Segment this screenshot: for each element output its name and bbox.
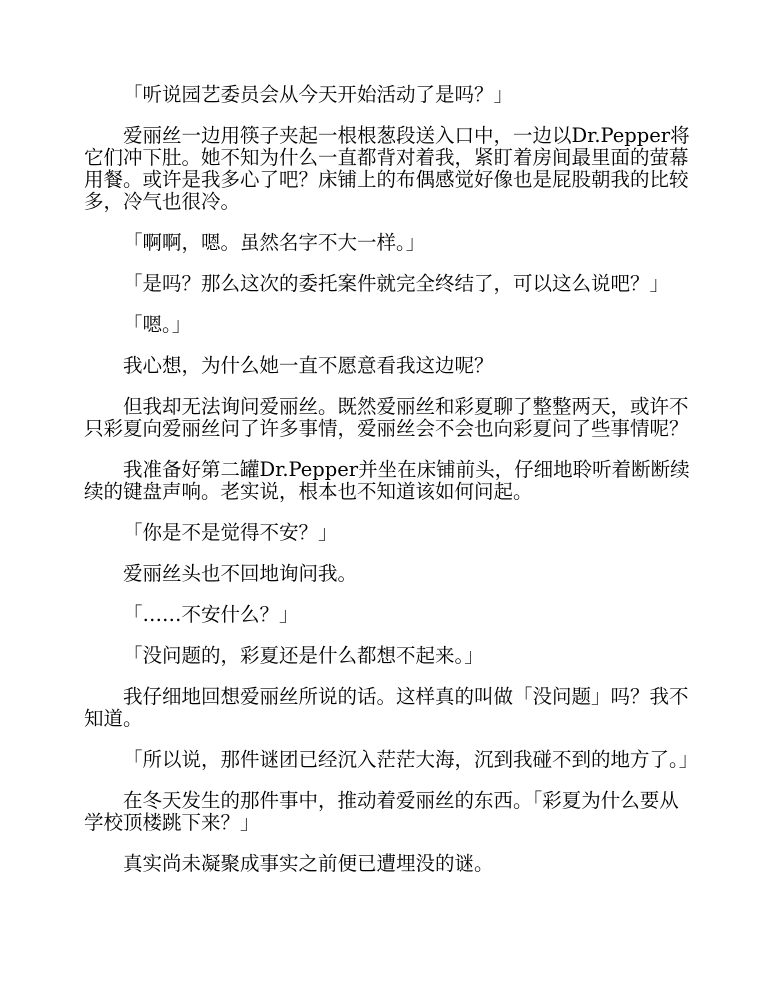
paragraph: 我仔细地回想爱丽丝所说的话。这样真的叫做「没问题」吗？我不知道。	[84, 686, 696, 730]
paragraph: 「……不安什么？」	[84, 604, 696, 626]
paragraph: 「你是不是觉得不安？」	[84, 522, 696, 544]
paragraph: 「啊啊，嗯。虽然名字不大一样。」	[84, 232, 696, 254]
paragraph: 爱丽丝一边用筷子夹起一根根葱段送入口中，一边以Dr.Pepper将它们冲下肚。她…	[84, 125, 696, 213]
paragraph: 我准备好第二罐Dr.Pepper并坐在床铺前头，仔细地聆听着断断续续的键盘声响。…	[84, 459, 696, 503]
text-column: 「听说园艺委员会从今天开始活动了是吗？」 爱丽丝一边用筷子夹起一根根葱段送入口中…	[84, 84, 696, 875]
paragraph: 但我却无法询问爱丽丝。既然爱丽丝和彩夏聊了整整两天，或许不只彩夏向爱丽丝问了许多…	[84, 396, 696, 440]
document-page: 「听说园艺委员会从今天开始活动了是吗？」 爱丽丝一边用筷子夹起一根根葱段送入口中…	[0, 0, 765, 990]
paragraph: 爱丽丝头也不回地询问我。	[84, 563, 696, 585]
paragraph: 在冬天发生的那件事中，推动着爱丽丝的东西。「彩夏为什么要从学校顶楼跳下来？」	[84, 790, 696, 834]
paragraph: 真实尚未凝聚成事实之前便已遭埋没的谜。	[84, 853, 696, 875]
paragraph: 「所以说，那件谜团已经沉入茫茫大海，沉到我碰不到的地方了。」	[84, 749, 696, 771]
paragraph: 我心想，为什么她一直不愿意看我这边呢？	[84, 355, 696, 377]
paragraph: 「是吗？那么这次的委托案件就完全终结了，可以这么说吧？」	[84, 273, 696, 295]
paragraph: 「没问题的，彩夏还是什么都想不起来。」	[84, 645, 696, 667]
paragraph: 「嗯。」	[84, 314, 696, 336]
paragraph: 「听说园艺委员会从今天开始活动了是吗？」	[84, 84, 696, 106]
